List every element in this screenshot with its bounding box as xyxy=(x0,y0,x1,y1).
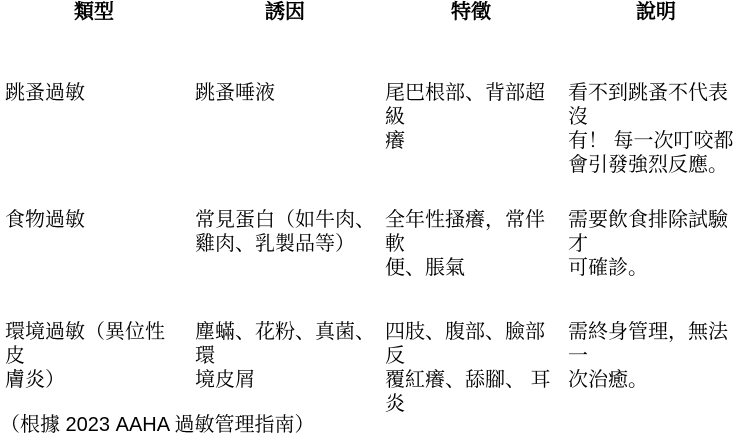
column-header-type: 類型 xyxy=(5,0,183,24)
cell-environment-type: 環境過敏（異位性皮 膚炎） xyxy=(5,320,183,392)
cell-environment-trigger: 塵蟎、花粉、真菌、環 境皮屑 xyxy=(195,320,375,392)
cell-flea-trigger: 跳蚤唾液 xyxy=(195,81,375,105)
column-header-trigger: 誘因 xyxy=(195,0,375,24)
cell-food-notes: 需要飲食排除試驗才 可確診。 xyxy=(568,208,744,280)
citation-note: （根據 2023 AAHA 過敏管理指南） xyxy=(0,413,750,437)
cell-environment-notes: 需終身管理，無法一 次治癒。 xyxy=(568,320,744,392)
cell-food-type: 食物過敏 xyxy=(5,208,183,232)
cell-flea-notes: 看不到跳蚤不代表沒 有！ 每一次叮咬都 會引發強烈反應。 xyxy=(568,81,744,177)
allergy-table-document: 類型 誘因 特徵 說明 跳蚤過敏 跳蚤唾液 尾巴根部、背部超級 癢 看不到跳蚤不… xyxy=(0,0,750,444)
cell-flea-type: 跳蚤過敏 xyxy=(5,81,183,105)
column-header-features: 特徵 xyxy=(385,0,557,24)
cell-food-trigger: 常見蛋白（如牛肉、 雞肉、乳製品等） xyxy=(195,208,375,256)
cell-flea-features: 尾巴根部、背部超級 癢 xyxy=(385,81,557,153)
cell-food-features: 全年性搔癢，常伴軟 便、脹氣 xyxy=(385,208,557,280)
column-header-notes: 說明 xyxy=(568,0,744,24)
cell-environment-features: 四肢、腹部、臉部反 覆紅癢、舔腳、 耳炎 xyxy=(385,320,557,416)
